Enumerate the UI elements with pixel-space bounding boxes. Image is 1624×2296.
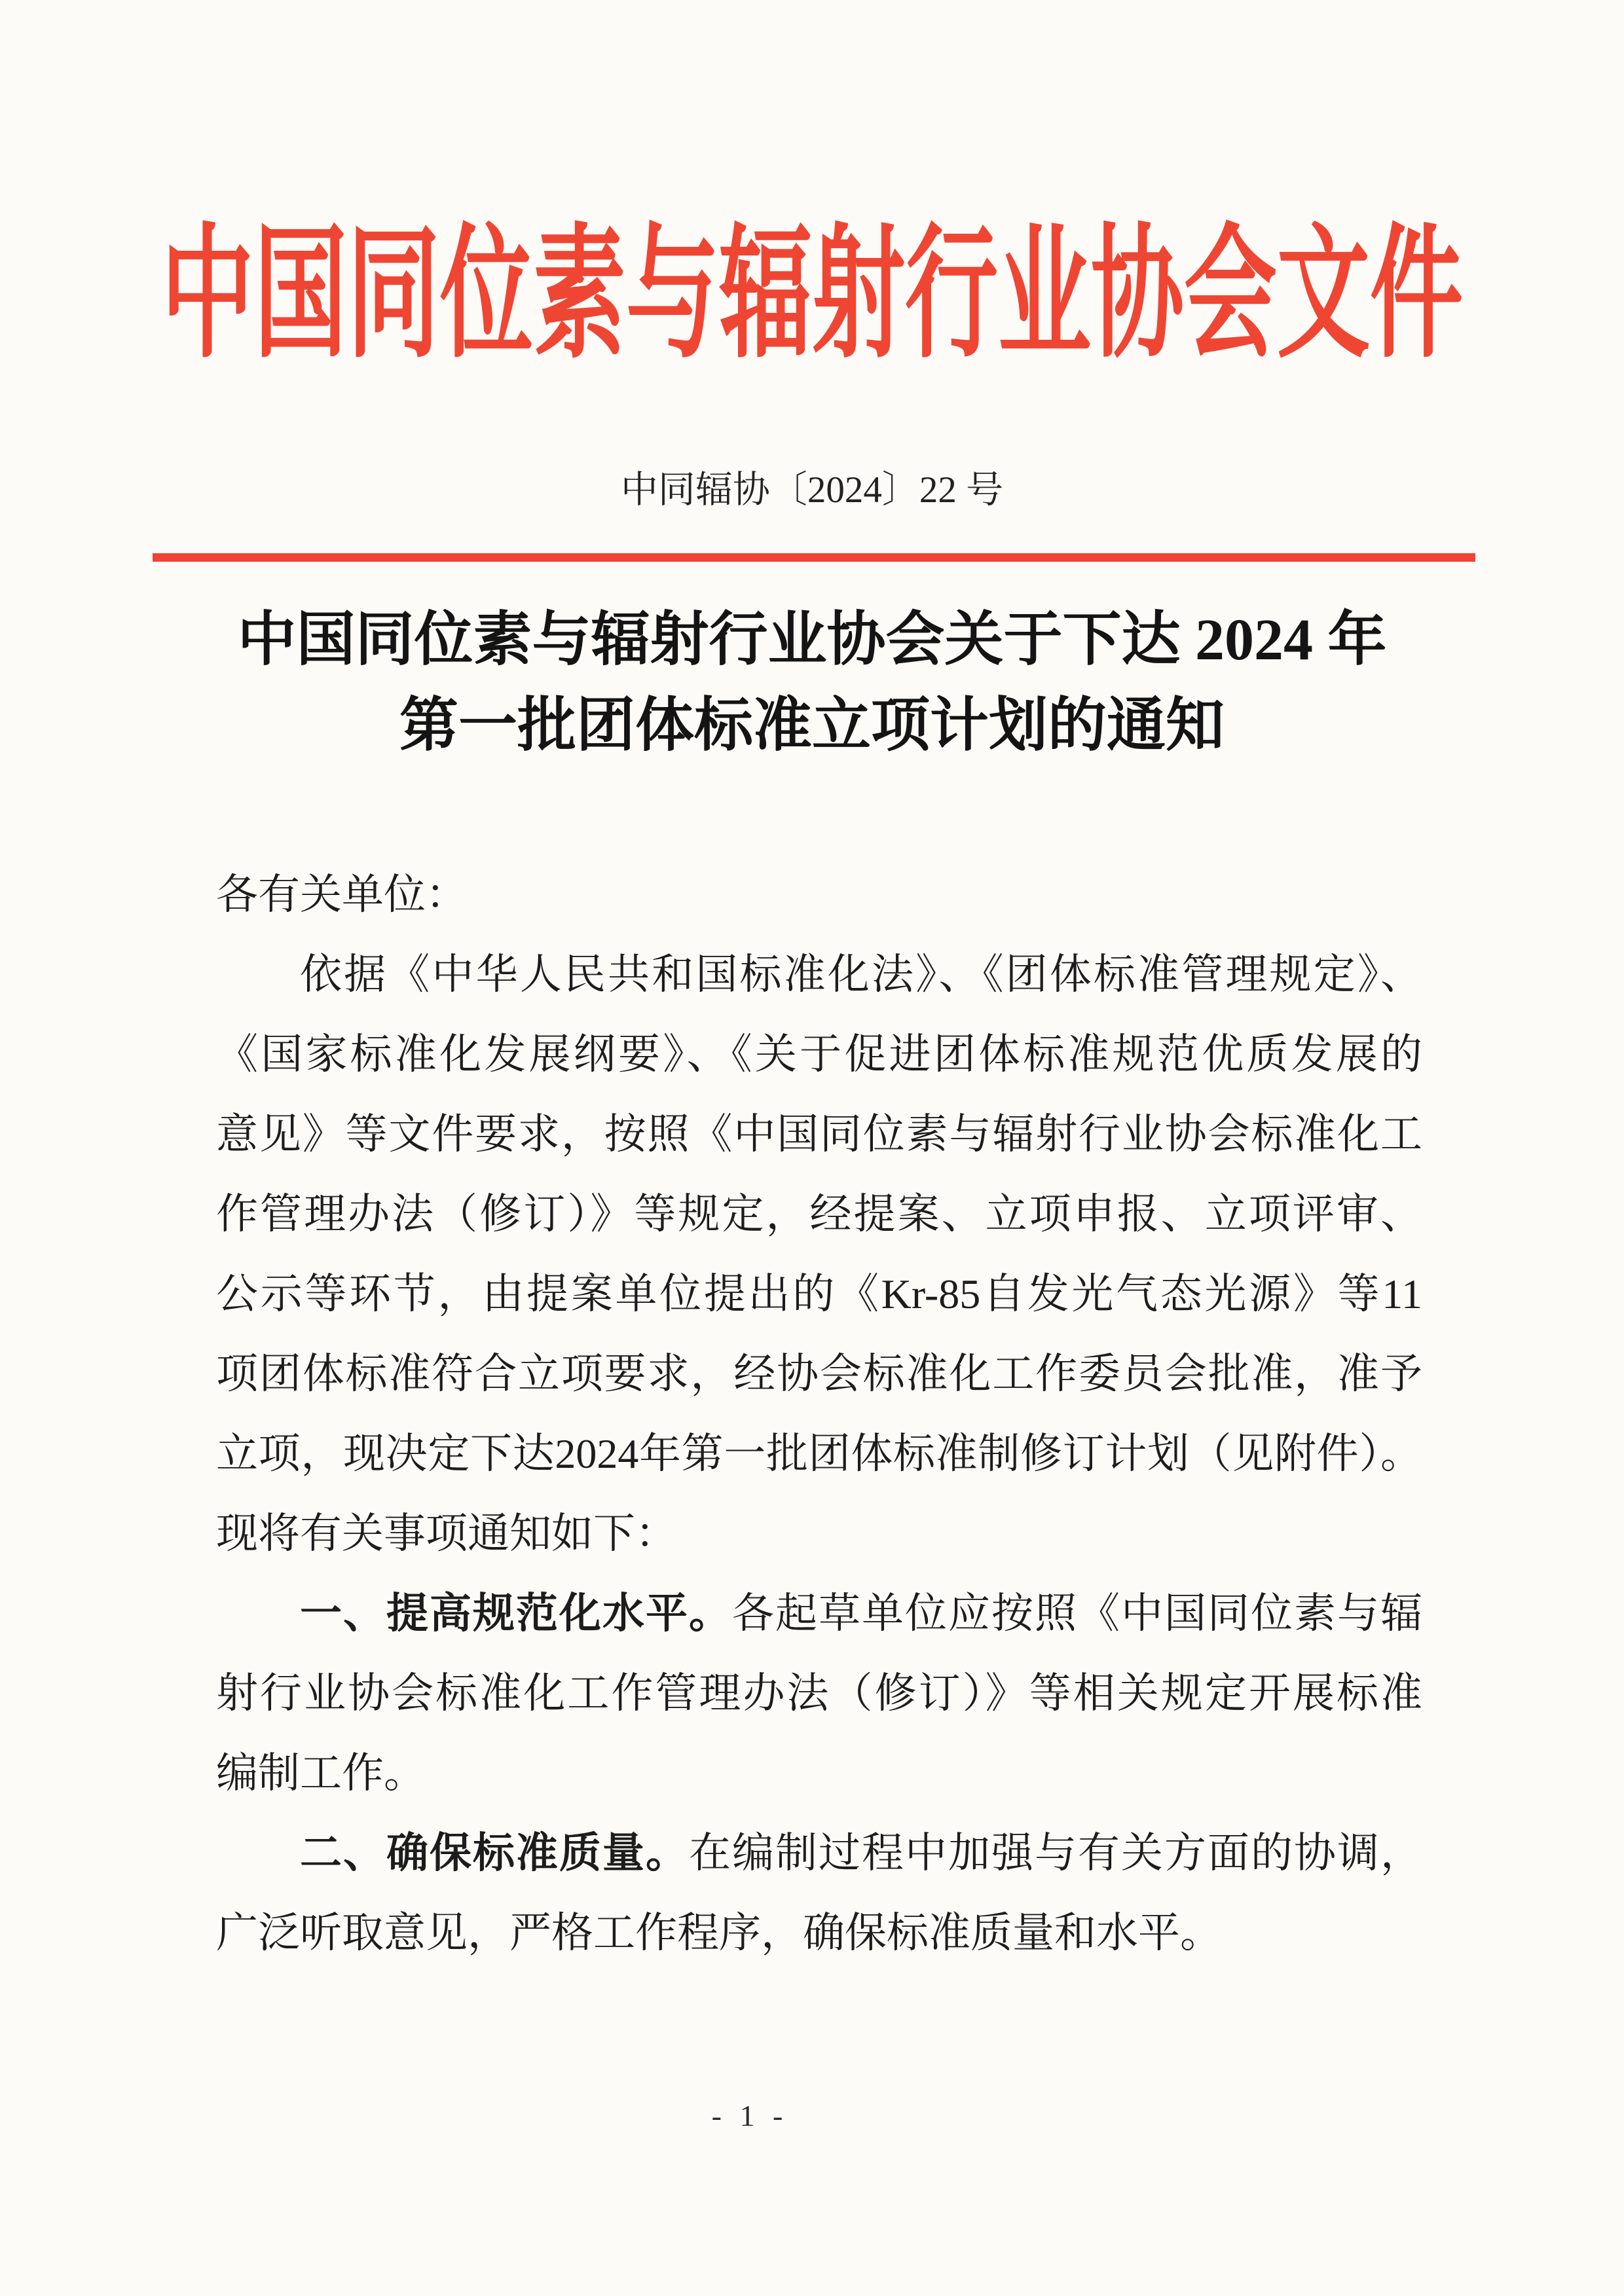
- body-line: 一、提高规范化水平。各起草单位应按照《中国同位素与辐: [216, 1574, 1422, 1654]
- body-segment: 公示等环节，由提案单位提出的《Kr-85自发光气态光源》等11: [216, 1271, 1422, 1317]
- body-line: 《国家标准化发展纲要》、《关于促进团体标准规范优质发展的: [216, 1015, 1422, 1095]
- document-number: 中同辐协〔2024〕22 号: [0, 469, 1624, 512]
- body-line: 项团体标准符合立项要求，经协会标准化工作委员会批准，准予: [216, 1334, 1422, 1414]
- scanned-document-page: 中国同位素与辐射行业协会文件 中同辐协〔2024〕22 号 中国同位素与辐射行业…: [0, 0, 1624, 2296]
- body-line: 作管理办法（修订）》等规定，经提案、立项申报、立项评审、: [216, 1175, 1422, 1254]
- body-line: 广泛听取意见，严格工作程序，确保标准质量和水平。: [216, 1893, 1422, 1973]
- page-number: - 1 -: [0, 2098, 1500, 2133]
- body-line: 现将有关事项通知如下：: [216, 1494, 1422, 1574]
- body-segment: 意见》等文件要求，按照《中国同位素与辐射行业协会标准化工: [216, 1111, 1422, 1157]
- body-line: 公示等环节，由提案单位提出的《Kr-85自发光气态光源》等11: [216, 1254, 1422, 1334]
- body-segment: 现将有关事项通知如下：: [216, 1510, 677, 1557]
- body-segment: 编制工作。: [216, 1750, 426, 1796]
- body-line: 意见》等文件要求，按照《中国同位素与辐射行业协会标准化工: [216, 1095, 1422, 1175]
- body-line: 编制工作。: [216, 1734, 1422, 1813]
- body-segment-bold: 二、确保标准质量。: [300, 1830, 689, 1876]
- document-title-line2: 第一批团体标准立项计划的通知: [0, 683, 1624, 769]
- body-segment: 作管理办法（修订）》等规定，经提案、立项申报、立项评审、: [216, 1191, 1422, 1237]
- body-segment: 各起草单位应按照《中国同位素与辐: [732, 1590, 1422, 1637]
- body-segment: 立项，现决定下达2024年第一批团体标准制修订计划（见附件）。: [216, 1430, 1422, 1477]
- body-line: 立项，现决定下达2024年第一批团体标准制修订计划（见附件）。: [216, 1414, 1422, 1494]
- body-segment: 各有关单位：: [216, 871, 468, 918]
- body-segment-bold: 一、提高规范化水平。: [300, 1590, 732, 1637]
- red-divider-line: [153, 553, 1475, 562]
- body-segment: 广泛听取意见，严格工作程序，确保标准质量和水平。: [216, 1910, 1222, 1956]
- body-segment: 射行业协会标准化工作管理办法（修订）》等相关规定开展标准: [216, 1670, 1422, 1717]
- document-body: 各有关单位：依据《中华人民共和国标准化法》、《团体标准管理规定》、《国家标准化发…: [216, 855, 1422, 1973]
- body-segment: 项团体标准符合立项要求，经协会标准化工作委员会批准，准予: [216, 1351, 1422, 1397]
- body-line: 各有关单位：: [216, 855, 1422, 935]
- body-segment: 《国家标准化发展纲要》、《关于促进团体标准规范优质发展的: [216, 1031, 1422, 1078]
- red-header-org-title: 中国同位素与辐射行业协会文件: [0, 178, 1624, 385]
- document-title: 中国同位素与辐射行业协会关于下达 2024 年 第一批团体标准立项计划的通知: [0, 597, 1624, 769]
- document-title-line1: 中国同位素与辐射行业协会关于下达 2024 年: [0, 597, 1624, 683]
- body-line: 二、确保标准质量。在编制过程中加强与有关方面的协调，: [216, 1813, 1422, 1893]
- body-line: 依据《中华人民共和国标准化法》、《团体标准管理规定》、: [216, 935, 1422, 1015]
- body-segment: 依据《中华人民共和国标准化法》、《团体标准管理规定》、: [300, 951, 1422, 998]
- body-segment: 在编制过程中加强与有关方面的协调，: [689, 1830, 1422, 1876]
- body-line: 射行业协会标准化工作管理办法（修订）》等相关规定开展标准: [216, 1654, 1422, 1734]
